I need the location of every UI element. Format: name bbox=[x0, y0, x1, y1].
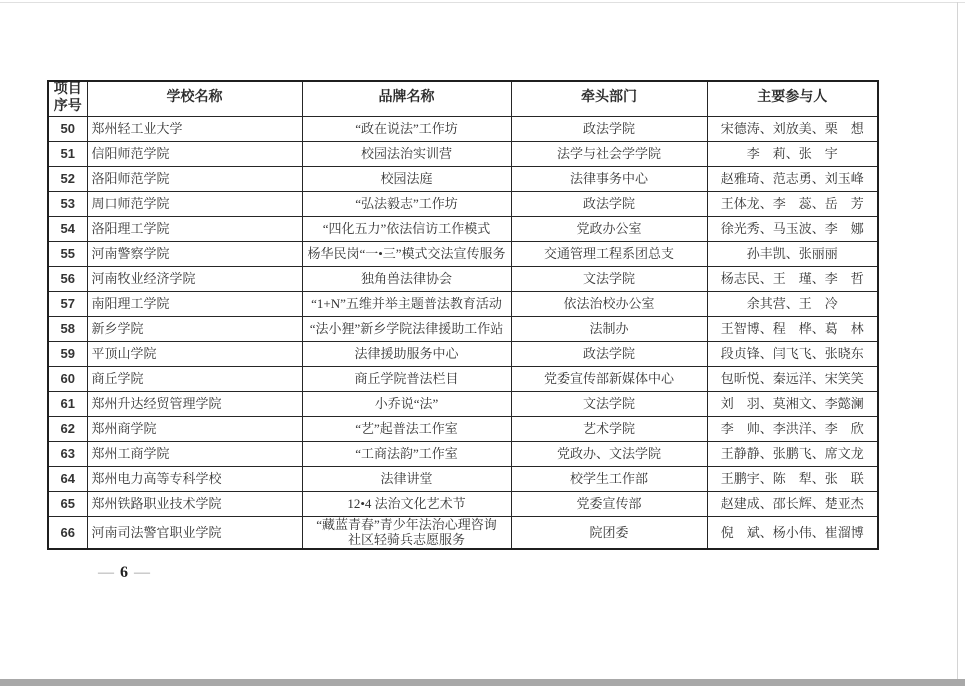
cell-dept: 政法学院 bbox=[511, 191, 707, 216]
cell-participants: 王鹏宇、陈 犁、张 联 bbox=[707, 466, 878, 491]
cell-dept: 党政办、文法学院 bbox=[511, 441, 707, 466]
cell-participants: 王静静、张鹏飞、席文龙 bbox=[707, 441, 878, 466]
column-header-brand-name: 品牌名称 bbox=[302, 81, 511, 116]
cell-dept: 依法治校办公室 bbox=[511, 291, 707, 316]
cell-school: 郑州商学院 bbox=[87, 416, 302, 441]
cell-brand: “1+N”五维并举主题普法教育活动 bbox=[302, 291, 511, 316]
cell-brand: “四化五力”依法信访工作模式 bbox=[302, 216, 511, 241]
table-row: 66河南司法警官职业学院“藏蓝青春”青少年法治心理咨询 社区轻骑兵志愿服务院团委… bbox=[48, 516, 878, 549]
column-header-project-no: 项目序号 bbox=[48, 81, 87, 116]
cell-no: 65 bbox=[48, 491, 87, 516]
cell-dept: 政法学院 bbox=[511, 116, 707, 141]
cell-brand: 杨华民岗“一•三”模式交法宣传服务 bbox=[302, 241, 511, 266]
page-number-value: 6 bbox=[120, 564, 129, 581]
table-row: 51信阳师范学院校园法治实训营法学与社会学学院李 莉、张 宇 bbox=[48, 141, 878, 166]
cell-dept: 文法学院 bbox=[511, 266, 707, 291]
page-edge-bottom bbox=[0, 679, 965, 686]
table-row: 54洛阳理工学院“四化五力”依法信访工作模式党政办公室徐光秀、马玉波、李 娜 bbox=[48, 216, 878, 241]
cell-participants: 杨志民、王 瑾、李 哲 bbox=[707, 266, 878, 291]
cell-school: 信阳师范学院 bbox=[87, 141, 302, 166]
cell-dept: 政法学院 bbox=[511, 341, 707, 366]
cell-brand: “政在说法”工作坊 bbox=[302, 116, 511, 141]
cell-school: 郑州升达经贸管理学院 bbox=[87, 391, 302, 416]
table-row: 58新乡学院“法小狸”新乡学院法律援助工作站法制办王智博、程 桦、葛 林 bbox=[48, 316, 878, 341]
cell-dept: 法制办 bbox=[511, 316, 707, 341]
cell-participants: 李 莉、张 宇 bbox=[707, 141, 878, 166]
table-row: 53周口师范学院“弘法毅志”工作坊政法学院王体龙、李 蕊、岳 芳 bbox=[48, 191, 878, 216]
cell-participants: 余其营、王 冷 bbox=[707, 291, 878, 316]
table-header: 项目序号 学校名称 品牌名称 牵头部门 主要参与人 bbox=[48, 81, 878, 116]
cell-school: 郑州工商学院 bbox=[87, 441, 302, 466]
cell-no: 50 bbox=[48, 116, 87, 141]
cell-brand: 商丘学院普法栏目 bbox=[302, 366, 511, 391]
document-page: 项目序号 学校名称 品牌名称 牵头部门 主要参与人 50郑州轻工业大学“政在说法… bbox=[0, 0, 965, 686]
cell-brand: “弘法毅志”工作坊 bbox=[302, 191, 511, 216]
table-body: 50郑州轻工业大学“政在说法”工作坊政法学院宋德涛、刘放美、栗 想51信阳师范学… bbox=[48, 116, 878, 549]
cell-brand: 校园法庭 bbox=[302, 166, 511, 191]
table-row: 61郑州升达经贸管理学院小乔说“法”文法学院刘 羽、莫湘文、李懿澜 bbox=[48, 391, 878, 416]
column-header-lead-department: 牵头部门 bbox=[511, 81, 707, 116]
table-row: 52洛阳师范学院校园法庭法律事务中心赵雅琦、范志勇、刘玉峰 bbox=[48, 166, 878, 191]
cell-brand: “艺”起普法工作室 bbox=[302, 416, 511, 441]
cell-school: 郑州铁路职业技术学院 bbox=[87, 491, 302, 516]
cell-brand: 法律援助服务中心 bbox=[302, 341, 511, 366]
table-row: 64郑州电力高等专科学校法律讲堂校学生工作部王鹏宇、陈 犁、张 联 bbox=[48, 466, 878, 491]
cell-no: 51 bbox=[48, 141, 87, 166]
cell-brand: 小乔说“法” bbox=[302, 391, 511, 416]
table-row: 50郑州轻工业大学“政在说法”工作坊政法学院宋德涛、刘放美、栗 想 bbox=[48, 116, 878, 141]
cell-participants: 段贞锋、闫飞飞、张晓东 bbox=[707, 341, 878, 366]
cell-brand: “法小狸”新乡学院法律援助工作站 bbox=[302, 316, 511, 341]
table-row: 55河南警察学院杨华民岗“一•三”模式交法宣传服务交通管理工程系团总支孙丰凯、张… bbox=[48, 241, 878, 266]
cell-no: 58 bbox=[48, 316, 87, 341]
cell-participants: 赵雅琦、范志勇、刘玉峰 bbox=[707, 166, 878, 191]
cell-no: 59 bbox=[48, 341, 87, 366]
cell-participants: 倪 斌、杨小伟、崔溜博 bbox=[707, 516, 878, 549]
cell-no: 63 bbox=[48, 441, 87, 466]
cell-no: 62 bbox=[48, 416, 87, 441]
cell-school: 河南牧业经济学院 bbox=[87, 266, 302, 291]
cell-school: 河南警察学院 bbox=[87, 241, 302, 266]
table-row: 65郑州铁路职业技术学院12•4 法治文化艺术节党委宣传部赵建成、邵长辉、楚亚杰 bbox=[48, 491, 878, 516]
cell-no: 61 bbox=[48, 391, 87, 416]
page-number-dash-left: — bbox=[98, 564, 115, 581]
cell-participants: 刘 羽、莫湘文、李懿澜 bbox=[707, 391, 878, 416]
column-header-school-name: 学校名称 bbox=[87, 81, 302, 116]
table-row: 60商丘学院商丘学院普法栏目党委宣传部新媒体中心包昕悦、秦远洋、宋笑笑 bbox=[48, 366, 878, 391]
column-header-main-participants: 主要参与人 bbox=[707, 81, 878, 116]
cell-no: 55 bbox=[48, 241, 87, 266]
cell-school: 南阳理工学院 bbox=[87, 291, 302, 316]
cell-participants: 宋德涛、刘放美、栗 想 bbox=[707, 116, 878, 141]
cell-dept: 法学与社会学学院 bbox=[511, 141, 707, 166]
table-row: 59平顶山学院法律援助服务中心政法学院段贞锋、闫飞飞、张晓东 bbox=[48, 341, 878, 366]
cell-participants: 包昕悦、秦远洋、宋笑笑 bbox=[707, 366, 878, 391]
cell-school: 周口师范学院 bbox=[87, 191, 302, 216]
page-number: —6— bbox=[93, 564, 156, 582]
page-number-dash-right: — bbox=[134, 564, 151, 581]
cell-brand: “藏蓝青春”青少年法治心理咨询 社区轻骑兵志愿服务 bbox=[302, 516, 511, 549]
cell-dept: 党委宣传部新媒体中心 bbox=[511, 366, 707, 391]
table-row: 62郑州商学院“艺”起普法工作室艺术学院李 帅、李洪洋、李 欣 bbox=[48, 416, 878, 441]
cell-school: 河南司法警官职业学院 bbox=[87, 516, 302, 549]
cell-participants: 徐光秀、马玉波、李 娜 bbox=[707, 216, 878, 241]
page-edge-top bbox=[0, 2, 965, 3]
cell-school: 洛阳理工学院 bbox=[87, 216, 302, 241]
cell-no: 56 bbox=[48, 266, 87, 291]
table-row: 56河南牧业经济学院独角兽法律协会文法学院杨志民、王 瑾、李 哲 bbox=[48, 266, 878, 291]
cell-brand: 法律讲堂 bbox=[302, 466, 511, 491]
cell-dept: 文法学院 bbox=[511, 391, 707, 416]
cell-dept: 党政办公室 bbox=[511, 216, 707, 241]
cell-dept: 党委宣传部 bbox=[511, 491, 707, 516]
cell-school: 新乡学院 bbox=[87, 316, 302, 341]
cell-brand: 12•4 法治文化艺术节 bbox=[302, 491, 511, 516]
cell-brand: 独角兽法律协会 bbox=[302, 266, 511, 291]
cell-school: 郑州轻工业大学 bbox=[87, 116, 302, 141]
cell-school: 洛阳师范学院 bbox=[87, 166, 302, 191]
cell-participants: 孙丰凯、张丽丽 bbox=[707, 241, 878, 266]
cell-no: 57 bbox=[48, 291, 87, 316]
table-row: 63郑州工商学院“工商法韵”工作室党政办、文法学院王静静、张鹏飞、席文龙 bbox=[48, 441, 878, 466]
cell-dept: 交通管理工程系团总支 bbox=[511, 241, 707, 266]
cell-dept: 法律事务中心 bbox=[511, 166, 707, 191]
cell-participants: 赵建成、邵长辉、楚亚杰 bbox=[707, 491, 878, 516]
cell-school: 郑州电力高等专科学校 bbox=[87, 466, 302, 491]
cell-no: 52 bbox=[48, 166, 87, 191]
cell-participants: 王智博、程 桦、葛 林 bbox=[707, 316, 878, 341]
cell-dept: 院团委 bbox=[511, 516, 707, 549]
page-edge-right bbox=[957, 2, 958, 679]
cell-participants: 王体龙、李 蕊、岳 芳 bbox=[707, 191, 878, 216]
cell-no: 54 bbox=[48, 216, 87, 241]
cell-school: 平顶山学院 bbox=[87, 341, 302, 366]
cell-dept: 校学生工作部 bbox=[511, 466, 707, 491]
cell-brand: “工商法韵”工作室 bbox=[302, 441, 511, 466]
projects-table: 项目序号 学校名称 品牌名称 牵头部门 主要参与人 50郑州轻工业大学“政在说法… bbox=[47, 80, 879, 550]
cell-no: 64 bbox=[48, 466, 87, 491]
cell-participants: 李 帅、李洪洋、李 欣 bbox=[707, 416, 878, 441]
cell-no: 66 bbox=[48, 516, 87, 549]
cell-no: 60 bbox=[48, 366, 87, 391]
cell-brand: 校园法治实训营 bbox=[302, 141, 511, 166]
header-row: 项目序号 学校名称 品牌名称 牵头部门 主要参与人 bbox=[48, 81, 878, 116]
cell-school: 商丘学院 bbox=[87, 366, 302, 391]
cell-no: 53 bbox=[48, 191, 87, 216]
table-row: 57南阳理工学院“1+N”五维并举主题普法教育活动依法治校办公室余其营、王 冷 bbox=[48, 291, 878, 316]
cell-dept: 艺术学院 bbox=[511, 416, 707, 441]
